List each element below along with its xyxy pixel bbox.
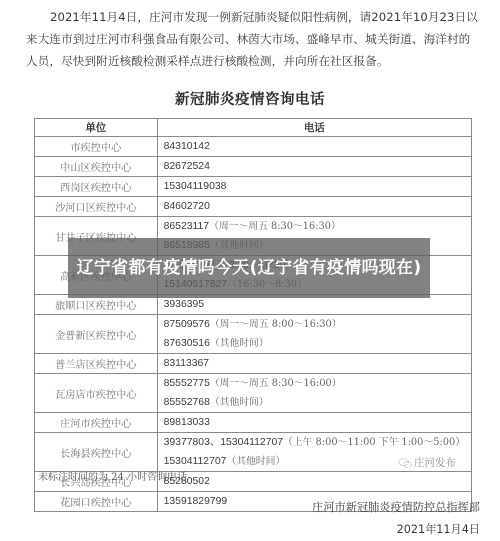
phone-number: 85552768（其他时间） [164, 393, 465, 412]
title-overlay-banner: 辽宁省都有疫情吗今天(辽宁省有疫情吗现在) [68, 238, 430, 298]
table-row: 瓦房店市疾控中心85552775（周一～周五 8:30～16:00）855527… [35, 374, 472, 413]
unit-cell: 庄河市疾控中心 [35, 413, 158, 433]
signature-org: 庄河市新冠肺炎疫情防控总指挥部 [312, 497, 480, 519]
unit-cell: 中山区疾控中心 [35, 157, 158, 177]
phone-cell: 84310142 [157, 137, 471, 157]
phone-cell: 85280502 [157, 472, 471, 492]
header-unit: 单位 [35, 119, 158, 137]
phone-number: 82672524 [164, 157, 465, 176]
signature-date: 2021年11月4日 [312, 519, 480, 541]
unit-cell: 市疾控中心 [35, 137, 158, 157]
unit-cell: 沙河口区疾控中心 [35, 197, 158, 217]
table-footnote: 未标注时间的为 24 小时咨询电话 [38, 468, 187, 483]
phone-number: 84310142 [164, 137, 465, 156]
table-row: 西岗区疾控中心15304119038 [35, 177, 472, 197]
phone-number: 84602720 [164, 197, 465, 216]
table-row: 普兰店区疾控中心83113367 [35, 354, 472, 374]
watermark-text: 庄河发布 [414, 455, 456, 470]
header-phone: 电话 [157, 119, 471, 137]
phone-cell: 89813033 [157, 413, 471, 433]
banner-title: 辽宁省都有疫情吗今天(辽宁省有疫情吗现在) [77, 257, 422, 280]
phone-cell: 83113367 [157, 354, 471, 374]
phone-cell: 85552775（周一～周五 8:30～16:00）85552768（其他时间） [157, 374, 471, 413]
phone-number: 85280502 [164, 472, 465, 491]
phone-number: 85552775（周一～周五 8:30～16:00） [164, 374, 465, 393]
table-row: 庄河市疾控中心89813033 [35, 413, 472, 433]
hours-note: （周一～周五 8:30～16:00） [210, 378, 342, 389]
table-row: 市疾控中心84310142 [35, 137, 472, 157]
table-row: 中山区疾控中心82672524 [35, 157, 472, 177]
unit-cell: 金普新区疾控中心 [35, 315, 158, 354]
phone-cell: 15304119038 [157, 177, 471, 197]
phone-cell: 87509576（周一～周五 8:00～16:30）87630516（其他时间） [157, 315, 471, 354]
phone-cell: 82672524 [157, 157, 471, 177]
unit-cell: 花园口疾控中心 [35, 492, 158, 512]
phone-number: 86523117（周一～周五 8:30～16:30） [164, 217, 465, 236]
signature-block: 庄河市新冠肺炎疫情防控总指挥部 2021年11月4日 [312, 497, 480, 541]
hours-note: （其他时间） [210, 338, 269, 349]
table-header-row: 单位 电话 [35, 119, 472, 137]
phone-number: 83113367 [164, 354, 465, 373]
notice-text: 2021年11月4日，庄河市发现一例新冠肺炎疑似阳性病例，请2021年10月23… [26, 10, 478, 68]
hours-note: （上午 8:00～11:00 下午 1:00～5:00） [283, 437, 465, 448]
phone-number: 39377803、15304112707（上午 8:00～11:00 下午 1:… [164, 433, 465, 452]
hours-note: （周一～周五 8:30～16:30） [209, 221, 341, 232]
phone-number: 87630516（其他时间） [164, 334, 465, 353]
phone-number: 15304119038 [164, 177, 465, 196]
phone-cell: 84602720 [157, 197, 471, 217]
hotline-table: 单位 电话 市疾控中心84310142中山区疾控中心82672524西岗区疾控中… [34, 118, 472, 512]
unit-cell: 瓦房店市疾控中心 [35, 374, 158, 413]
hours-note: （其他时间） [226, 456, 285, 467]
notice-paragraph: 2021年11月4日，庄河市发现一例新冠肺炎疑似阳性病例，请2021年10月23… [26, 6, 482, 72]
table-title: 新冠肺炎疫情咨询电话 [0, 88, 500, 109]
table-row: 金普新区疾控中心87509576（周一～周五 8:00～16:30）876305… [35, 315, 472, 354]
unit-cell: 西岗区疾控中心 [35, 177, 158, 197]
watermark: 庄河发布 [398, 455, 456, 470]
phone-number: 89813033 [164, 413, 465, 432]
unit-cell: 普兰店区疾控中心 [35, 354, 158, 374]
wechat-icon [398, 457, 412, 469]
hours-note: （周一～周五 8:00～16:30） [210, 319, 342, 330]
hours-note: （其他时间） [210, 397, 269, 408]
table-row: 沙河口区疾控中心84602720 [35, 197, 472, 217]
phone-number: 87509576（周一～周五 8:00～16:30） [164, 315, 465, 334]
unit-cell: 长海县疾控中心 [35, 433, 158, 472]
